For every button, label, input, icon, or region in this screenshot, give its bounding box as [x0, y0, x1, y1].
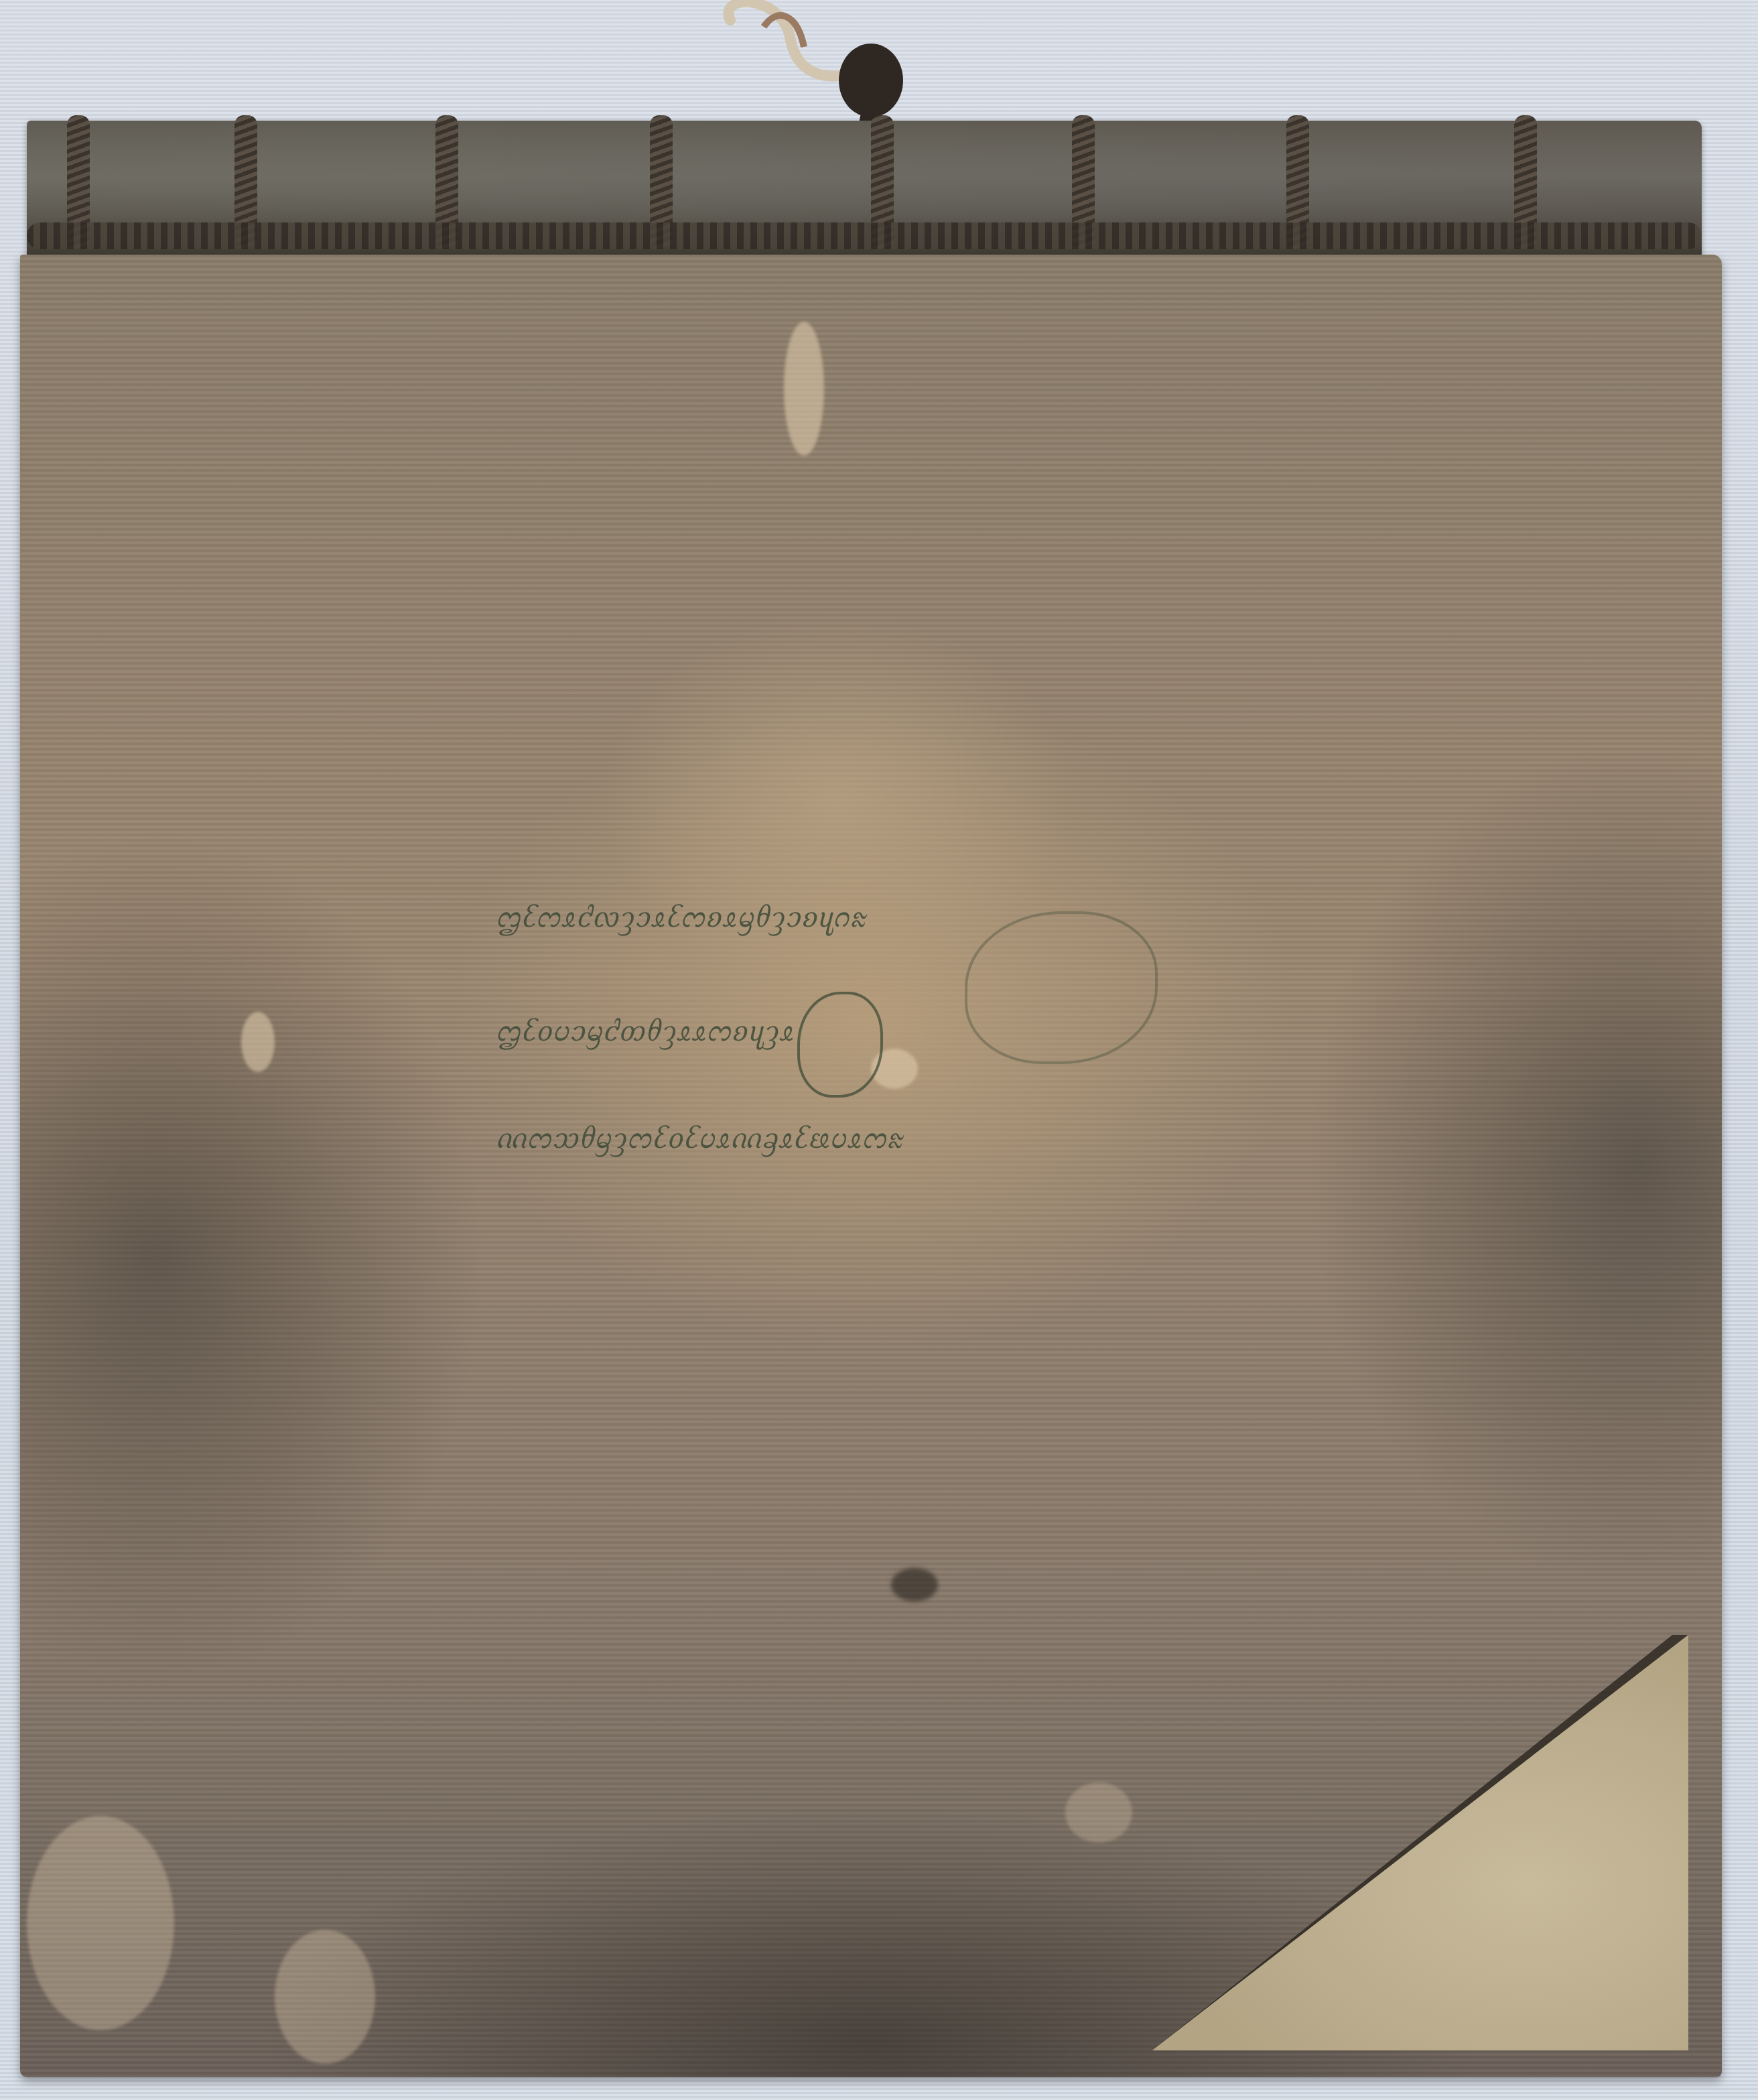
loop-flourish: [965, 911, 1158, 1064]
worn-corner: [27, 1816, 174, 2030]
inscription-line-1: ᦗᦷᦂᦸᦺᦟᦡᦱᦸᦷᦂᦈᦸᦙᦲᦡᦱᦈᦴᦅᦰ: [496, 898, 866, 937]
worn-edge: [275, 1930, 375, 2064]
ink-blot: [891, 1568, 938, 1601]
paper-tear: [241, 1012, 275, 1072]
loop-flourish: [797, 992, 883, 1098]
inscription-line-3: ᦶᦂᦉᦲᦙᦡᦂᦷᦞᦷᦢᦸᦶᦃᦸᦷᦕᦢᦸᦂᦰ: [496, 1119, 903, 1158]
binding-stitches: [27, 222, 1702, 249]
cord-loop-icon: [690, 0, 958, 134]
inscription-line-2: ᦗᦷᦞᦢᦱᦙᦺᦎᦲᦡᦸᦸᦂᦈᦴᦡᦸ: [496, 1012, 794, 1051]
water-stain: [784, 322, 824, 456]
hanging-cord-loop: [690, 0, 958, 134]
abrasion: [1065, 1782, 1132, 1843]
binding-strip: [27, 121, 1702, 261]
